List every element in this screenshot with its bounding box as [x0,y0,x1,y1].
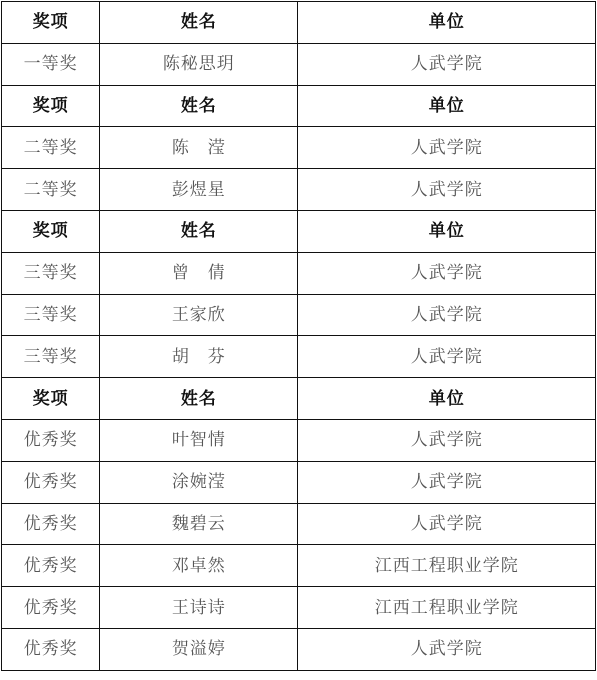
table-row: 优秀奖 贺溢婷 人武学院 [2,628,596,670]
table-header-row: 奖项 姓名 单位 [2,378,596,420]
name-cell: 叶智情 [100,419,298,461]
name-cell: 彭煜星 [100,169,298,211]
award-cell: 优秀奖 [2,587,100,629]
header-unit: 单位 [298,85,596,127]
table-header-row: 奖项 姓名 单位 [2,2,596,44]
header-name: 姓名 [100,378,298,420]
unit-cell: 人武学院 [298,419,596,461]
name-cell: 陈 滢 [100,127,298,169]
table-row: 优秀奖 邓卓然 江西工程职业学院 [2,545,596,587]
award-winners-table: 奖项 姓名 单位 一等奖 陈秘思玥 人武学院 奖项 姓名 单位 二等奖 陈 滢 … [1,1,596,671]
header-award: 奖项 [2,210,100,252]
name-cell: 王家欣 [100,294,298,336]
name-cell: 邓卓然 [100,545,298,587]
table-row: 优秀奖 叶智情 人武学院 [2,419,596,461]
unit-cell: 人武学院 [298,336,596,378]
header-award: 奖项 [2,85,100,127]
table-row: 三等奖 王家欣 人武学院 [2,294,596,336]
award-cell: 优秀奖 [2,419,100,461]
table-header-row: 奖项 姓名 单位 [2,85,596,127]
award-cell: 三等奖 [2,336,100,378]
unit-cell: 人武学院 [298,252,596,294]
table-row: 优秀奖 涂婉滢 人武学院 [2,461,596,503]
award-cell: 优秀奖 [2,503,100,545]
header-name: 姓名 [100,210,298,252]
unit-cell: 人武学院 [298,503,596,545]
name-cell: 曾 倩 [100,252,298,294]
unit-cell: 江西工程职业学院 [298,587,596,629]
award-cell: 三等奖 [2,294,100,336]
header-name: 姓名 [100,85,298,127]
award-cell: 二等奖 [2,169,100,211]
header-award: 奖项 [2,2,100,44]
table-row: 二等奖 陈 滢 人武学院 [2,127,596,169]
table-row: 三等奖 曾 倩 人武学院 [2,252,596,294]
table-row: 一等奖 陈秘思玥 人武学院 [2,43,596,85]
unit-cell: 人武学院 [298,461,596,503]
unit-cell: 人武学院 [298,169,596,211]
award-cell: 优秀奖 [2,461,100,503]
name-cell: 王诗诗 [100,587,298,629]
name-cell: 陈秘思玥 [100,43,298,85]
unit-cell: 人武学院 [298,628,596,670]
table-row: 三等奖 胡 芬 人武学院 [2,336,596,378]
table-header-row: 奖项 姓名 单位 [2,210,596,252]
award-cell: 一等奖 [2,43,100,85]
award-cell: 二等奖 [2,127,100,169]
name-cell: 魏碧云 [100,503,298,545]
name-cell: 贺溢婷 [100,628,298,670]
unit-cell: 人武学院 [298,294,596,336]
header-name: 姓名 [100,2,298,44]
table-row: 优秀奖 王诗诗 江西工程职业学院 [2,587,596,629]
header-unit: 单位 [298,2,596,44]
table-row: 优秀奖 魏碧云 人武学院 [2,503,596,545]
unit-cell: 人武学院 [298,127,596,169]
header-unit: 单位 [298,210,596,252]
table-row: 二等奖 彭煜星 人武学院 [2,169,596,211]
name-cell: 涂婉滢 [100,461,298,503]
header-award: 奖项 [2,378,100,420]
award-cell: 三等奖 [2,252,100,294]
unit-cell: 江西工程职业学院 [298,545,596,587]
award-cell: 优秀奖 [2,628,100,670]
award-cell: 优秀奖 [2,545,100,587]
header-unit: 单位 [298,378,596,420]
unit-cell: 人武学院 [298,43,596,85]
name-cell: 胡 芬 [100,336,298,378]
